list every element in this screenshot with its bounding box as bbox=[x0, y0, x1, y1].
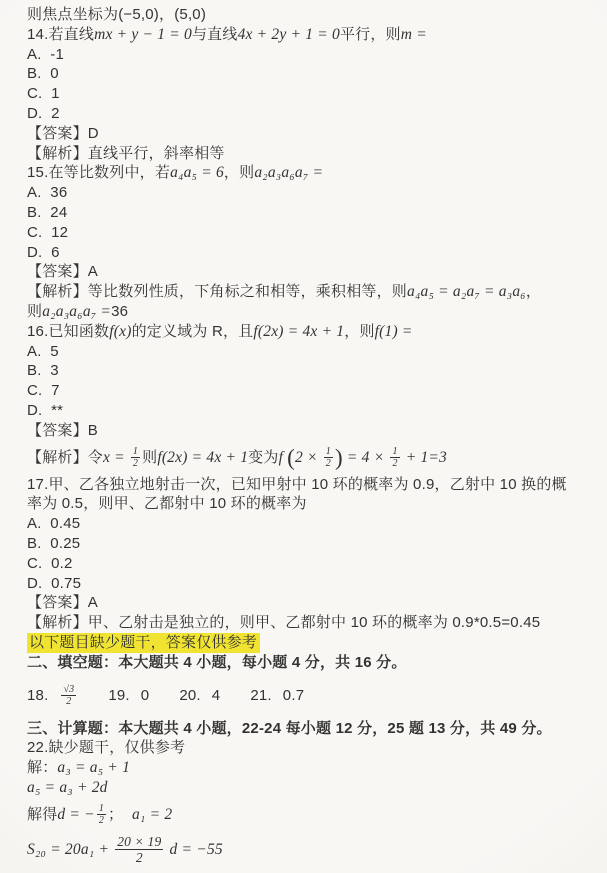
question-15-analysis-line-1: 【解析】等比数列性质，下角标之和相等，乘积相等，则a₄a₅ = a₂a₇ = a… bbox=[27, 282, 589, 302]
question-16-stem: 16.已知函数f(x)的定义域为 R，且f(2x) = 4x + 1，则f(1)… bbox=[27, 322, 589, 342]
question-17-option-d: D. 0.75 bbox=[27, 574, 589, 594]
question-16-option-a: A. 5 bbox=[27, 342, 589, 362]
question-16-option-b: B. 3 bbox=[27, 361, 589, 381]
section-3-heading: 三、计算题：本大题共 4 小题，22-24 每小题 12 分，25 题 13 分… bbox=[27, 719, 589, 739]
exam-document: 则焦点坐标为(−5,0)，(5,0) 14.若直线mx + y − 1 = 0与… bbox=[0, 0, 607, 873]
question-14-option-d: D. 2 bbox=[27, 104, 589, 124]
question-15-stem: 15.在等比数列中，若a₄a₅ = 6，则a₂a₃a₆a₇ = bbox=[27, 163, 589, 183]
question-17-option-c: C. 0.2 bbox=[27, 554, 589, 574]
blank-answer-18-value: √3 2 bbox=[61, 684, 76, 708]
exam-page-content: 则焦点坐标为(−5,0)，(5,0) 14.若直线mx + y − 1 = 0与… bbox=[0, 0, 607, 866]
question-15-option-a: A. 36 bbox=[27, 183, 589, 203]
question-14-answer: 【答案】D bbox=[27, 124, 589, 144]
section-2-heading: 二、填空题：本大题共 4 小题，每小题 4 分，共 16 分。 bbox=[27, 653, 589, 673]
question-15-option-b: B. 24 bbox=[27, 203, 589, 223]
question-22-solution-line-3: 解得d = −12； a₁ = 2 bbox=[27, 803, 589, 827]
question-17-option-a: A. 0.45 bbox=[27, 514, 589, 534]
question-17-option-b: B. 0.25 bbox=[27, 534, 589, 554]
question-22-solution-line-1: 解：a₃ = a₅ + 1 bbox=[27, 758, 589, 778]
question-14-option-b: B. 0 bbox=[27, 64, 589, 84]
fill-blank-answers-row: 18. √3 2 19. 0 20. 4 21. 0.7 bbox=[27, 678, 589, 714]
question-16-option-c: C. 7 bbox=[27, 381, 589, 401]
question-15-answer: 【答案】A bbox=[27, 262, 589, 282]
blank-answer-19-label: 19. bbox=[108, 686, 129, 706]
blank-answer-20-label: 20. bbox=[179, 686, 200, 706]
question-15-analysis-line-2: 则a₂a₃a₆a₇ =36 bbox=[27, 302, 589, 322]
focus-note-line: 则焦点坐标为(−5,0)，(5,0) bbox=[27, 5, 589, 25]
blank-answer-18-numerator: √3 bbox=[61, 684, 76, 697]
question-14-option-c: C. 1 bbox=[27, 84, 589, 104]
question-15-option-d: D. 6 bbox=[27, 243, 589, 263]
blank-answer-18-label: 18. bbox=[27, 686, 48, 706]
missing-stem-notice-highlight: 以下题目缺少题干，答案仅供参考 bbox=[27, 633, 260, 653]
question-22-solution-line-2: a₅ = a₃ + 2d bbox=[27, 778, 589, 798]
question-17-analysis: 【解析】甲、乙射击是独立的，则甲、乙都射中 10 环的概率为 0.9*0.5=0… bbox=[27, 613, 589, 633]
blank-answer-20: 20. 4 bbox=[179, 686, 220, 706]
question-22-solution-line-4: S₂₀ = 20a₁ + 20 × 192 d = −55 bbox=[27, 834, 589, 866]
question-15-option-c: C. 12 bbox=[27, 223, 589, 243]
blank-answer-21: 21. 0.7 bbox=[250, 686, 304, 706]
blank-answer-18: 18. √3 2 bbox=[27, 684, 78, 708]
blank-answer-20-value: 4 bbox=[212, 686, 221, 706]
question-17-answer: 【答案】A bbox=[27, 593, 589, 613]
question-17-stem-line-2: 率为 0.5，则甲、乙都射中 10 环的概率为 bbox=[27, 494, 589, 514]
question-16-option-d: D. ** bbox=[27, 401, 589, 421]
blank-answer-18-denominator: 2 bbox=[66, 696, 71, 708]
question-17-stem-line-1: 17.甲、乙各独立地射击一次，已知甲射中 10 环的概率为 0.9，乙射中 10… bbox=[27, 475, 589, 495]
blank-answer-21-value: 0.7 bbox=[283, 686, 304, 706]
blank-answer-19: 19. 0 bbox=[108, 686, 149, 706]
question-14-analysis: 【解析】直线平行，斜率相等 bbox=[27, 144, 589, 164]
blank-answer-21-label: 21. bbox=[250, 686, 271, 706]
question-14-option-a: A. -1 bbox=[27, 45, 589, 65]
question-16-answer: 【答案】B bbox=[27, 421, 589, 441]
question-14-stem: 14.若直线mx + y − 1 = 0与直线4x + 2y + 1 = 0平行… bbox=[27, 25, 589, 45]
question-22-note: 22.缺少题干，仅供参考 bbox=[27, 738, 589, 758]
missing-stem-notice-line: 以下题目缺少题干，答案仅供参考 bbox=[27, 633, 589, 653]
blank-answer-19-value: 0 bbox=[141, 686, 150, 706]
question-16-analysis: 【解析】令x = 12则f(2x) = 4x + 1变为f (2 × 12) =… bbox=[27, 446, 589, 470]
